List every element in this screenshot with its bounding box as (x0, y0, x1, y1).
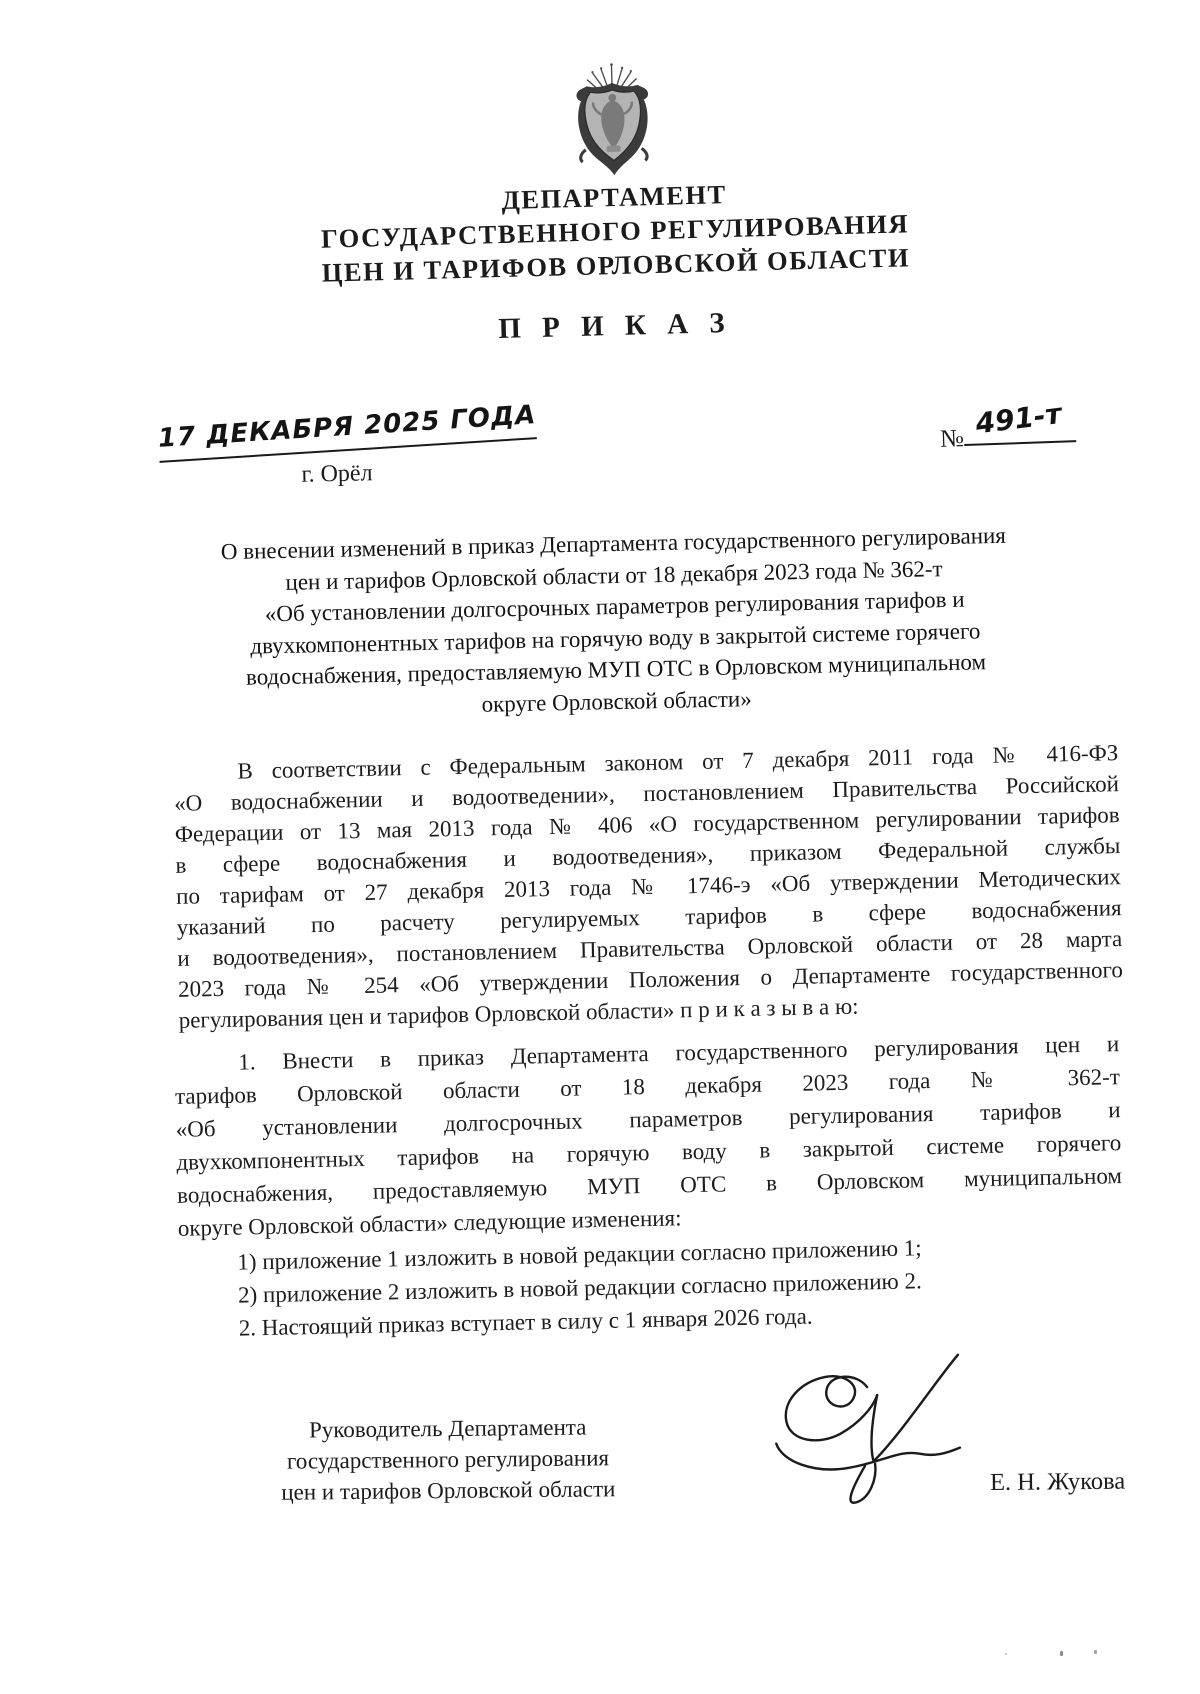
preamble-paragraph: В соответствии с Федеральным законом от … (173, 737, 1124, 1036)
handwritten-date: 17 ДЕКАБРЯ 2025 ГОДА (157, 400, 537, 463)
signer-position-line: государственного регулирования (244, 1442, 652, 1477)
scan-artifact (1005, 1653, 1007, 1655)
doc-type-heading: П Р И К А З (85, 296, 1146, 357)
signer-position-line: Руководитель Департамента (244, 1411, 652, 1446)
document-page: ДЕПАРТАМЕНТ ГОСУДАРСТВЕННОГО РЕГУЛИРОВАН… (0, 0, 1200, 1694)
doc-number-field: № 491-т (940, 417, 1106, 454)
signer-position: Руководитель Департамента государственно… (244, 1411, 653, 1508)
order-items: 1) приложение 1 изложить в новой редакци… (175, 1227, 1122, 1346)
coat-of-arms-icon (567, 61, 658, 185)
doc-title: О внесении изменений в приказ Департамен… (120, 518, 1110, 728)
place-label: г. Орёл (252, 459, 423, 490)
signer-name: Е. Н. Жукова (990, 1467, 1190, 1497)
scan-artifact (1094, 1650, 1097, 1654)
order-paragraph: 1. Внести в приказ Департамента государс… (174, 1027, 1123, 1245)
number-sign: № (940, 425, 965, 453)
signer-position-line: цен и тарифов Орловской области (244, 1473, 652, 1508)
org-name: ДЕПАРТАМЕНТ ГОСУДАРСТВЕННОГО РЕГУЛИРОВАН… (84, 166, 1146, 296)
scan-artifact (1060, 1651, 1063, 1656)
handwritten-signature-icon (748, 1348, 970, 1516)
